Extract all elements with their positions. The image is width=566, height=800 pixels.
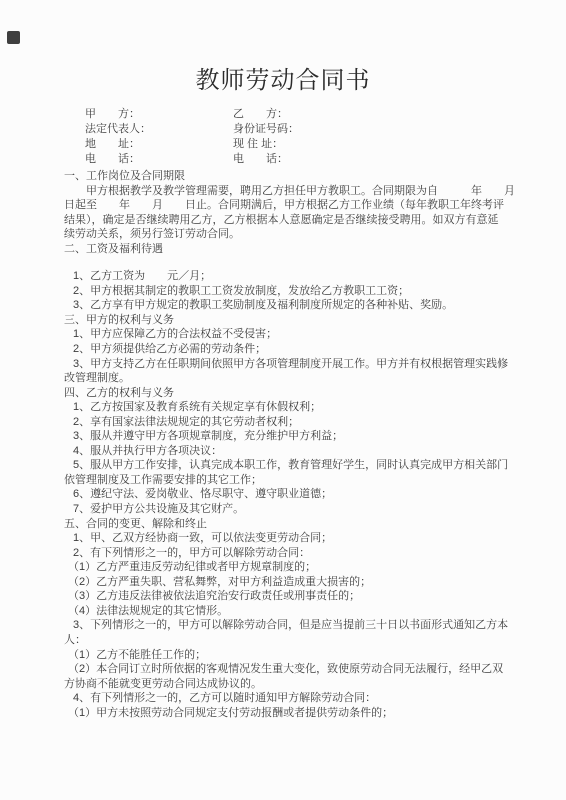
section-heading: 三、甲方的权利与义务 — [64, 313, 506, 328]
contract-line: （3）乙方违反法律被依法追究治安行政责任或刑事责任的； — [64, 589, 506, 604]
contract-line: （1）乙方不能胜任工作的； — [64, 648, 506, 663]
contract-line: 6、遵纪守法、爱岗敬业、恪尽职守、遵守职业道德； — [64, 487, 506, 502]
contract-line: 日起至 年 月 日止。合同期满后，甲方根据乙方工作业绩（每年教职工年终考评 — [64, 198, 506, 213]
contract-body: 一、工作岗位及合同期限甲方根据教学及教学管理需要，聘用乙方担任甲方教职工。合同期… — [64, 169, 506, 720]
party-info-row: 地 址：现 住 址： — [64, 137, 506, 152]
contract-line: （1）乙方严重违反劳动纪律或者甲方规章制度的； — [64, 560, 506, 575]
contract-line: 1、乙方按国家及教育系统有关规定享有休假权利； — [64, 400, 506, 415]
field-label-left: 法定代表人： — [85, 122, 151, 137]
field-label-right: 乙 方： — [233, 107, 288, 122]
contract-line: 2、甲方须提供给乙方必需的劳动条件； — [64, 342, 506, 357]
contract-line: （2）乙方严重失职、营私舞弊，对甲方利益造成重大损害的； — [64, 575, 506, 590]
contract-line: （1）甲方未按照劳动合同规定支付劳动报酬或者提供劳动条件的； — [64, 706, 506, 721]
document-title: 教师劳动合同书 — [0, 60, 566, 95]
party-info-row: 甲 方：乙 方： — [64, 107, 506, 122]
contract-line: 3、甲方支持乙方在任职期间依照甲方各项管理制度开展工作。甲方并有权根据管理实践修 — [64, 357, 506, 372]
contract-line: 1、乙方工资为 元／月； — [64, 269, 506, 284]
contract-line: 7、爱护甲方公共设施及其它财产。 — [64, 502, 506, 517]
contract-line: 5、服从甲方工作安排，认真完成本职工作，教育管理好学生，同时认真完成甲方相关部门 — [64, 458, 506, 473]
field-label-right: 身份证号码： — [233, 122, 299, 137]
contract-line: 改管理制度。 — [64, 371, 506, 386]
section-heading: 五、合同的变更、解除和终止 — [64, 517, 506, 532]
contract-line: 2、享有国家法律法规规定的其它劳动者权利； — [64, 415, 506, 430]
contract-line — [64, 256, 506, 269]
contract-line: 3、乙方享有甲方规定的教职工奖励制度及福利制度所规定的各种补贴、奖励。 — [64, 298, 506, 313]
field-label-left: 电 话： — [85, 152, 140, 167]
contract-line: 1、甲方应保障乙方的合法权益不受侵害； — [64, 327, 506, 342]
party-info-block: 甲 方：乙 方：法定代表人：身份证号码：地 址：现 住 址：电 话：电 话： — [64, 107, 506, 167]
field-label-right: 电 话： — [233, 152, 288, 167]
party-info-row: 法定代表人：身份证号码： — [64, 122, 506, 137]
contract-line: 续劳动关系，须另行签订劳动合同。 — [64, 227, 506, 242]
contract-line: 4、服从并执行甲方各项决议： — [64, 444, 506, 459]
contract-line: 2、甲方根据其制定的教职工工资发放制度，发放给乙方教职工工资； — [64, 284, 506, 299]
field-label-right: 现 住 址： — [233, 137, 283, 152]
section-heading: 四、乙方的权利与义务 — [64, 386, 506, 401]
section-heading: 二、工资及福利待遇 — [64, 242, 506, 257]
field-label-left: 地 址： — [85, 137, 140, 152]
field-label-left: 甲 方： — [85, 107, 140, 122]
contract-line: 3、下列情形之一的，甲方可以解除劳动合同，但是应当提前三十日以书面形式通知乙方本 — [64, 618, 506, 633]
contract-line: 3、服从并遵守甲方各项规章制度，充分维护甲方利益； — [64, 429, 506, 444]
section-heading: 一、工作岗位及合同期限 — [64, 169, 506, 184]
contract-line: （2）本合同订立时所依据的客观情况发生重大变化，致使原劳动合同无法履行，经甲乙双 — [64, 662, 506, 677]
contract-line: 方协商不能就变更劳动合同达成协议的。 — [64, 677, 506, 692]
contract-line: 1、甲、乙双方经协商一致，可以依法变更劳动合同； — [64, 531, 506, 546]
contract-line: 2、有下列情形之一的，甲方可以解除劳动合同： — [64, 546, 506, 561]
contract-page: 教师劳动合同书 甲 方：乙 方：法定代表人：身份证号码：地 址：现 住 址：电 … — [0, 0, 566, 800]
contract-line: 结果），确定是否继续聘用乙方，乙方根据本人意愿确定是否继续接受聘用。如双方有意延 — [64, 213, 506, 228]
scan-corner-mark — [7, 31, 20, 44]
contract-line: （4）法律法规规定的其它情形。 — [64, 604, 506, 619]
contract-line: 人： — [64, 633, 506, 648]
contract-line: 依管理制度及工作需要安排的其它工作； — [64, 473, 506, 488]
contract-line: 4、有下列情形之一的，乙方可以随时通知甲方解除劳动合同： — [64, 691, 506, 706]
party-info-row: 电 话：电 话： — [64, 152, 506, 167]
contract-line: 甲方根据教学及教学管理需要，聘用乙方担任甲方教职工。合同期限为自 年 月 — [64, 184, 506, 199]
